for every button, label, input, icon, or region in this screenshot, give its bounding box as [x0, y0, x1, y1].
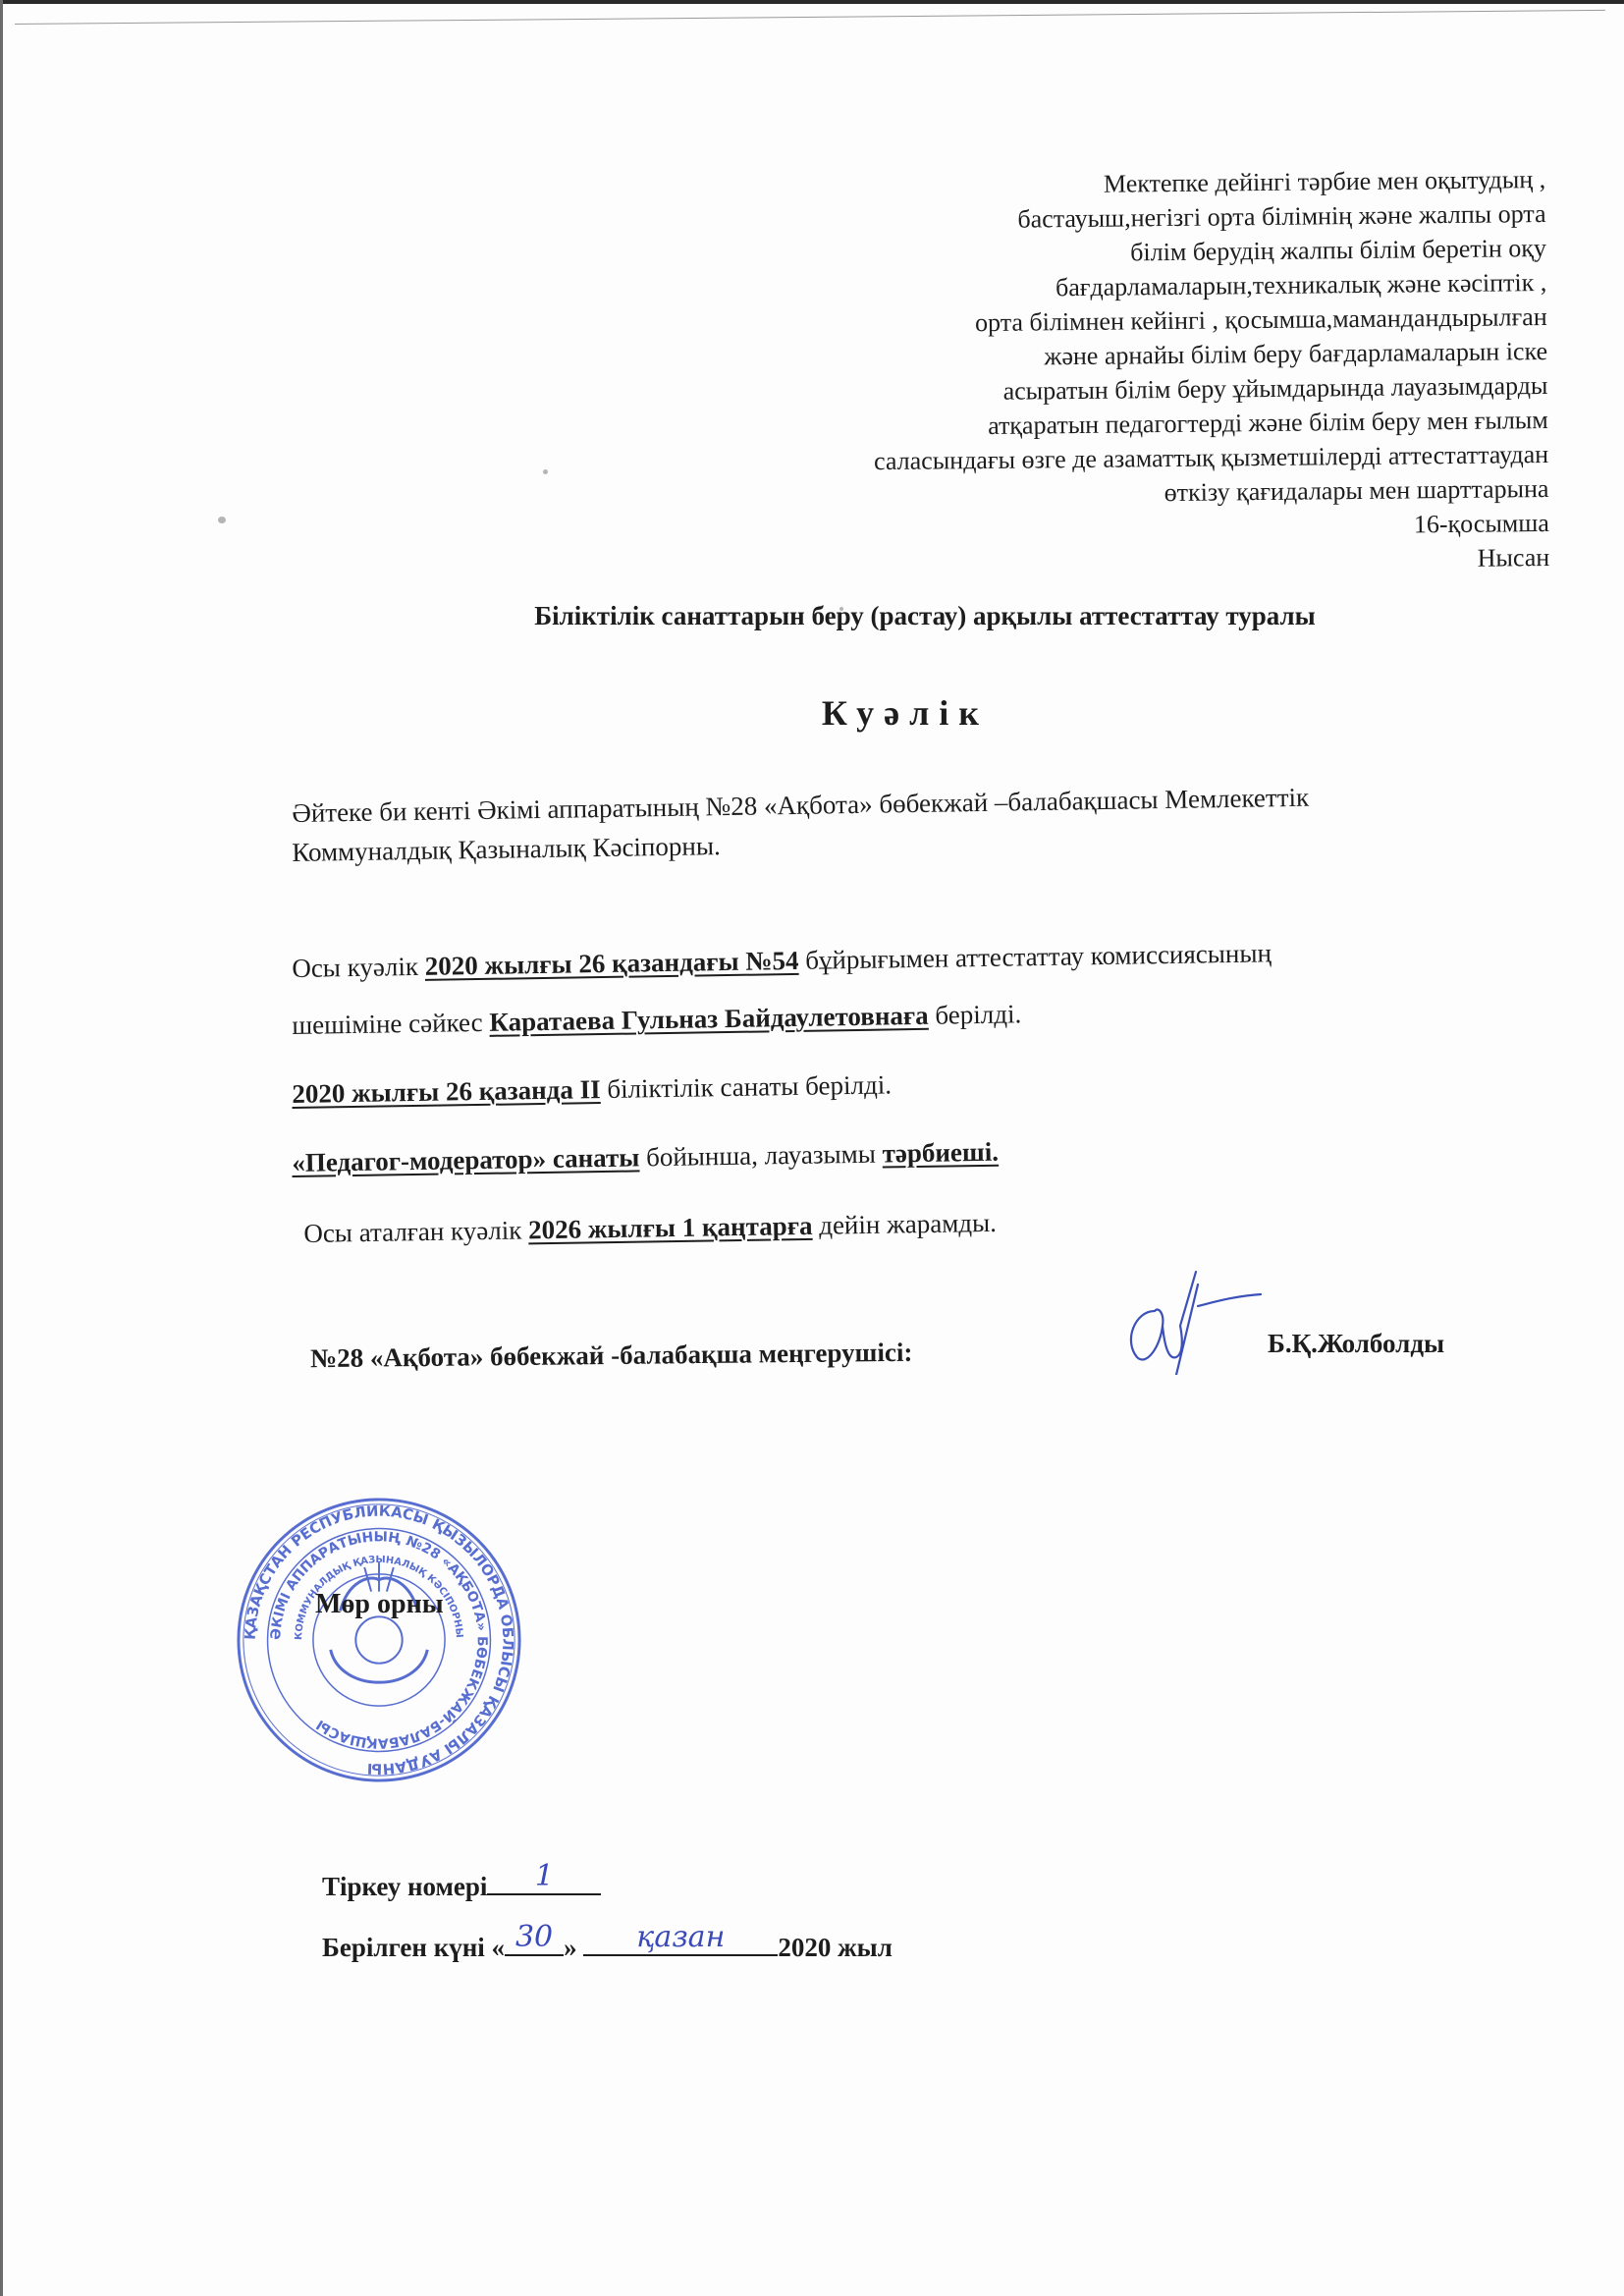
- scan-speck: [218, 517, 226, 523]
- document-title: Біліктілік санаттарын беру (растау) арқы…: [0, 601, 1624, 631]
- decision-line2-suffix: берілді.: [928, 999, 1021, 1029]
- official-stamp: ҚАЗАҚСТАН РЕСПУБЛИКАСЫ ҚЫЗЫЛОРДА ОБЛЫСЫ …: [234, 1495, 524, 1785]
- issued-label: Берілген күні «: [322, 1933, 505, 1962]
- organization-line-2: Коммуналдық Қазыналық Кәсіпорны.: [292, 826, 721, 872]
- issued-month: қазан: [583, 1920, 778, 1954]
- category-suffix: біліктілік санаты берілді.: [600, 1069, 892, 1104]
- position-name: тәрбиеші.: [882, 1137, 999, 1169]
- registration-number: 1: [487, 1859, 601, 1893]
- category-line: 2020 жылғы 26 қазанда II біліктілік сана…: [292, 1065, 892, 1114]
- document-heading: Куәлік: [0, 692, 1624, 734]
- organization-line-1: Әйтеке би кенті Әкімі аппаратының №28 «А…: [292, 778, 1309, 833]
- stamp-place-label: Мөр орны: [315, 1589, 444, 1620]
- scan-artifact-line: [15, 10, 1605, 25]
- category-name: «Педагог-модератор» санаты: [292, 1142, 639, 1177]
- scan-top-edge: [0, 0, 1624, 4]
- regulation-reference: Мектепке дейінгі тәрбие мен оқытудың , б…: [662, 162, 1549, 583]
- issued-date-row: Берілген күні «30» қазан2020 жыл: [322, 1927, 893, 1963]
- position-middle: бойынша, лауазымы: [639, 1139, 883, 1173]
- issued-close-quote: »: [564, 1933, 577, 1962]
- order-reference: 2020 жылғы 26 қазандағы №54: [424, 946, 798, 981]
- validity-date: 2026 жылғы 1 қаңтарға: [528, 1211, 813, 1245]
- validity-prefix: Осы аталған куәлік: [303, 1215, 528, 1248]
- decision-prefix: Осы куәлік: [292, 952, 425, 983]
- handwritten-signature: [1115, 1267, 1263, 1375]
- recipient-name: Каратаева Гульназ Байдаулетовнаға: [489, 1001, 929, 1037]
- issued-year: 2020 жыл: [778, 1933, 893, 1962]
- position-line: «Педагог-модератор» санаты бойынша, лауа…: [292, 1132, 999, 1182]
- registration-row: Тіркеу номері1: [322, 1866, 601, 1902]
- scan-left-edge: [0, 0, 3, 2296]
- issued-day-field: 30: [505, 1927, 564, 1956]
- signatory-label: №28 «Ақбота» бөбекжай -балабақша меңгеру…: [310, 1338, 913, 1374]
- scan-speck: [543, 469, 548, 474]
- decision-line-2: шешіміне сәйкес Каратаева Гульназ Байдау…: [292, 994, 1022, 1045]
- registration-number-field: 1: [487, 1866, 601, 1895]
- decision-suffix: бұйрығымен аттестаттау комиссиясының: [798, 938, 1272, 975]
- decision-line-1: Осы куәлік 2020 жылғы 26 қазандағы №54 б…: [292, 933, 1272, 988]
- category-date: 2020 жылғы 26 қазанда II: [292, 1074, 601, 1109]
- registration-label: Тіркеу номері: [322, 1872, 487, 1901]
- issued-month-field: қазан: [583, 1927, 778, 1956]
- validity-suffix: дейін жарамды.: [812, 1208, 997, 1240]
- decision-line2-prefix: шешіміне сәйкес: [292, 1008, 490, 1040]
- validity-line: Осы аталған куәлік 2026 жылғы 1 қаңтарға…: [303, 1203, 997, 1253]
- issued-day: 30: [505, 1920, 564, 1954]
- signatory-name: Б.Қ.Жолболды: [1268, 1329, 1444, 1359]
